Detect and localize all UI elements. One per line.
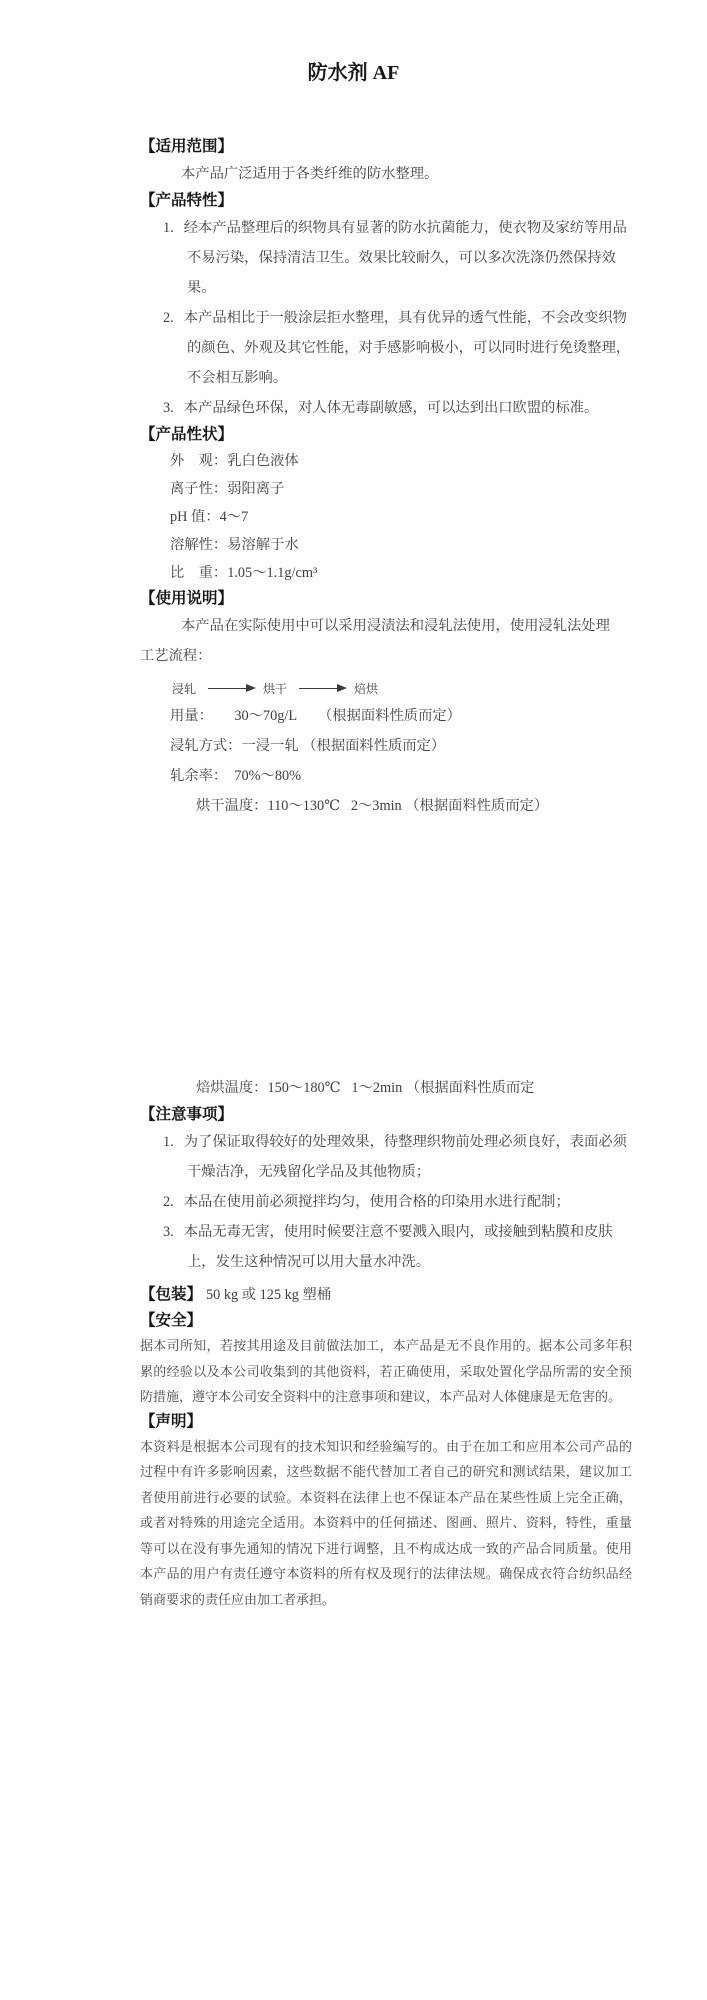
document-body: 【适用范围】 本产品广泛适用于各类纤维的防水整理。 【产品特性】 1.经本产品整… xyxy=(140,135,632,1612)
section-precautions: 【注意事项】 1.为了保证取得较好的处理效果，待整理织物前处理必须良好，表面必须… xyxy=(140,1103,632,1277)
property-row: 外 观：乳白色液体 xyxy=(140,447,632,475)
precaution-item: 1.为了保证取得较好的处理效果，待整理织物前处理必须良好，表面必须干燥洁净，无残… xyxy=(140,1127,632,1187)
document-page: 防水剂 AF 【适用范围】 本产品广泛适用于各类纤维的防水整理。 【产品特性】 … xyxy=(0,0,707,2000)
flow-step: 焙烘 xyxy=(354,680,378,697)
statement-body: 本资料是根据本公司现有的技术知识和经验编写的。由于在加工和应用本公司产品的过程中… xyxy=(140,1434,632,1613)
flow-step: 烘干 xyxy=(263,680,287,697)
flow-arrow-icon xyxy=(208,688,254,689)
precautions-heading: 【注意事项】 xyxy=(140,1103,632,1127)
item-number: 2. xyxy=(163,1194,174,1210)
property-value: 乳白色液体 xyxy=(227,453,298,469)
property-value: 易溶解于水 xyxy=(227,537,298,553)
page-break-gap xyxy=(140,821,632,1073)
item-number: 1. xyxy=(163,220,174,236)
usage-param-pickup-rate: 轧余率： 70%～80% xyxy=(140,761,632,791)
usage-intro-line2: 工艺流程： xyxy=(140,641,632,671)
usage-heading: 【使用说明】 xyxy=(140,587,632,611)
property-row: 溶解性：易溶解于水 xyxy=(140,531,632,559)
item-text: 本产品绿色环保，对人体无毒副敏感，可以达到出口欧盟的标准。 xyxy=(184,400,599,416)
feature-item: 3.本产品绿色环保，对人体无毒副敏感，可以达到出口欧盟的标准。 xyxy=(140,393,632,423)
usage-param-drying-temp: 烘干温度：110～130℃ 2～3min （根据面料性质而定） xyxy=(140,791,632,821)
flow-step: 浸轧 xyxy=(172,680,196,697)
usage-intro-line1: 本产品在实际使用中可以采用浸渍法和浸轧法使用，使用浸轧法处理 xyxy=(140,611,632,641)
scope-heading: 【适用范围】 xyxy=(140,135,632,159)
property-label: 外 观： xyxy=(170,453,227,469)
section-statement: 【声明】 本资料是根据本公司现有的技术知识和经验编写的。由于在加工和应用本公司产… xyxy=(140,1410,632,1613)
page-title: 防水剂 AF xyxy=(0,0,707,85)
scope-body: 本产品广泛适用于各类纤维的防水整理。 xyxy=(140,159,632,189)
item-text: 为了保证取得较好的处理效果，待整理织物前处理必须良好，表面必须干燥洁净，无残留化… xyxy=(184,1134,627,1180)
item-number: 2. xyxy=(163,310,174,326)
property-value: 4～7 xyxy=(220,509,249,525)
flow-arrow-icon xyxy=(299,688,345,689)
section-scope: 【适用范围】 本产品广泛适用于各类纤维的防水整理。 xyxy=(140,135,632,189)
property-row: pH 值：4～7 xyxy=(140,503,632,531)
section-properties: 【产品性状】 外 观：乳白色液体 离子性：弱阳离子 pH 值：4～7 溶解性：易… xyxy=(140,423,632,587)
features-heading: 【产品特性】 xyxy=(140,189,632,213)
item-text: 本品无毒无害，使用时候要注意不要溅入眼内，或接触到粘膜和皮肤上，发生这种情况可以… xyxy=(184,1224,613,1270)
property-value: 弱阳离子 xyxy=(227,481,284,497)
section-packaging: 【包装】50 kg 或 125 kg 塑桶 xyxy=(140,1281,632,1309)
usage-param-pad-method: 浸轧方式：一浸一轧 （根据面料性质而定） xyxy=(140,731,632,761)
usage-param-curing-temp: 焙烘温度：150～180℃ 1～2min （根据面料性质而定 xyxy=(140,1073,632,1103)
item-number: 3. xyxy=(163,1224,174,1240)
property-label: pH 值： xyxy=(170,509,220,525)
safety-heading: 【安全】 xyxy=(140,1309,632,1333)
property-row: 离子性：弱阳离子 xyxy=(140,475,632,503)
item-number: 1. xyxy=(163,1134,174,1150)
item-number: 3. xyxy=(163,400,174,416)
section-safety: 【安全】 据本司所知，若按其用途及目前做法加工，本产品是无不良作用的。据本公司多… xyxy=(140,1309,632,1410)
feature-item: 1.经本产品整理后的织物具有显著的防水抗菌能力，使衣物及家纺等用品不易污染，保持… xyxy=(140,213,632,303)
statement-heading: 【声明】 xyxy=(140,1410,632,1434)
usage-param-dosage: 用量： 30～70g/L （根据面料性质而定） xyxy=(140,701,632,731)
item-text: 经本产品整理后的织物具有显著的防水抗菌能力，使衣物及家纺等用品不易污染，保持清洁… xyxy=(184,220,627,296)
section-usage: 【使用说明】 本产品在实际使用中可以采用浸渍法和浸轧法使用，使用浸轧法处理 工艺… xyxy=(140,587,632,1103)
section-features: 【产品特性】 1.经本产品整理后的织物具有显著的防水抗菌能力，使衣物及家纺等用品… xyxy=(140,189,632,423)
item-text: 本产品相比于一般涂层拒水整理，具有优异的透气性能，不会改变织物的颜色、外观及其它… xyxy=(184,310,630,386)
property-label: 溶解性： xyxy=(170,537,227,553)
properties-heading: 【产品性状】 xyxy=(140,423,632,447)
property-label: 比 重： xyxy=(170,565,227,581)
precaution-item: 2.本品在使用前必须搅拌均匀，使用合格的印染用水进行配制； xyxy=(140,1187,632,1217)
property-row: 比 重：1.05～1.1g/cm³ xyxy=(140,559,632,587)
item-text: 本品在使用前必须搅拌均匀，使用合格的印染用水进行配制； xyxy=(184,1194,570,1210)
property-label: 离子性： xyxy=(170,481,227,497)
safety-body: 据本司所知，若按其用途及目前做法加工，本产品是无不良作用的。据本公司多年积累的经… xyxy=(140,1333,632,1410)
packaging-heading: 【包装】 xyxy=(140,1286,202,1303)
precaution-item: 3.本品无毒无害，使用时候要注意不要溅入眼内，或接触到粘膜和皮肤上，发生这种情况… xyxy=(140,1217,632,1277)
feature-item: 2.本产品相比于一般涂层拒水整理，具有优异的透气性能，不会改变织物的颜色、外观及… xyxy=(140,303,632,393)
packaging-body: 50 kg 或 125 kg 塑桶 xyxy=(206,1287,331,1303)
property-value: 1.05～1.1g/cm³ xyxy=(227,565,317,581)
process-flow-diagram: 浸轧 烘干 焙烘 xyxy=(140,675,632,701)
